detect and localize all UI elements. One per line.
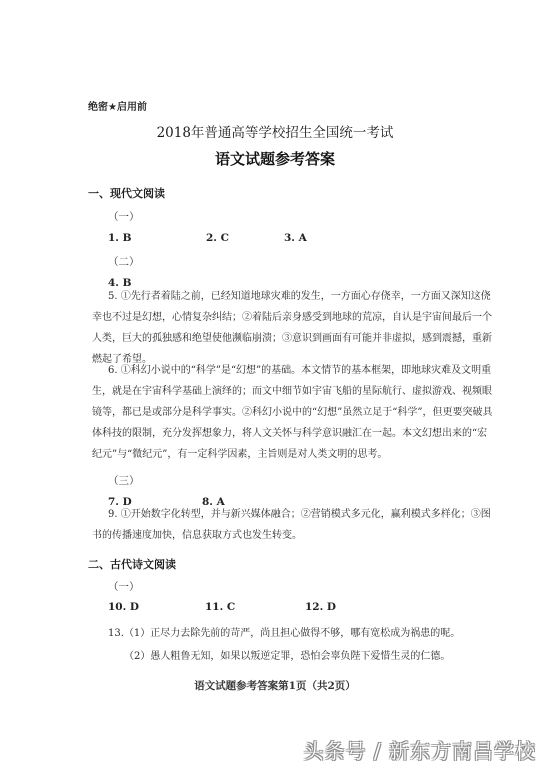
- answer-item: 12. D: [305, 601, 336, 613]
- page-footer: 语文试题参考答案第1页（共2页）: [0, 678, 550, 693]
- part-label: （三）: [108, 473, 140, 488]
- document-subtitle: 语文试题参考答案: [0, 148, 550, 169]
- answer-paragraph-q13-1: 13.（1）正尽力去除先前的苛严，尚且担心做得不够，哪有宽松成为祸患的呢。: [108, 624, 460, 639]
- answer-item: 10. D: [108, 601, 139, 613]
- part-label: （一）: [108, 579, 140, 594]
- part-label: （二）: [108, 254, 140, 269]
- answer-item: 1. B: [108, 232, 132, 244]
- answer-paragraph-q13-2: （2）愚人粗鲁无知，如果以叛逆定罪，恐怕会辜负陛下爱惜生灵的仁德。: [124, 647, 450, 662]
- answer-paragraph-q6: 6. ①科幻小说中的“科学”是“幻想”的基础。本文情节的基本框架，即地球灾难及文…: [92, 360, 496, 465]
- answer-item: 2. C: [206, 232, 229, 244]
- classification-label: 绝密★启用前: [88, 98, 147, 113]
- answer-paragraph-q9: 9. ①开始数字化转型，并与新兴媒体融合；②营销模式多元化，赢利模式多样化；③图…: [92, 504, 496, 546]
- answer-item: 3. A: [284, 232, 307, 244]
- section-heading-modern-reading: 一、现代文阅读: [88, 185, 165, 201]
- watermark-text: 头条号 / 新东方南昌学校: [304, 735, 536, 764]
- section-heading-classical-reading: 二、古代诗文阅读: [88, 556, 176, 572]
- answer-paragraph-q5: 5. ①先行者着陆之前，已经知道地球灾难的发生，一方面心存侥幸，一方面又深知这侥…: [92, 286, 496, 370]
- answer-item: 11. C: [205, 601, 235, 613]
- part-label: （一）: [108, 209, 140, 224]
- exam-title: 2018年普通高等学校招生全国统一考试: [0, 121, 550, 141]
